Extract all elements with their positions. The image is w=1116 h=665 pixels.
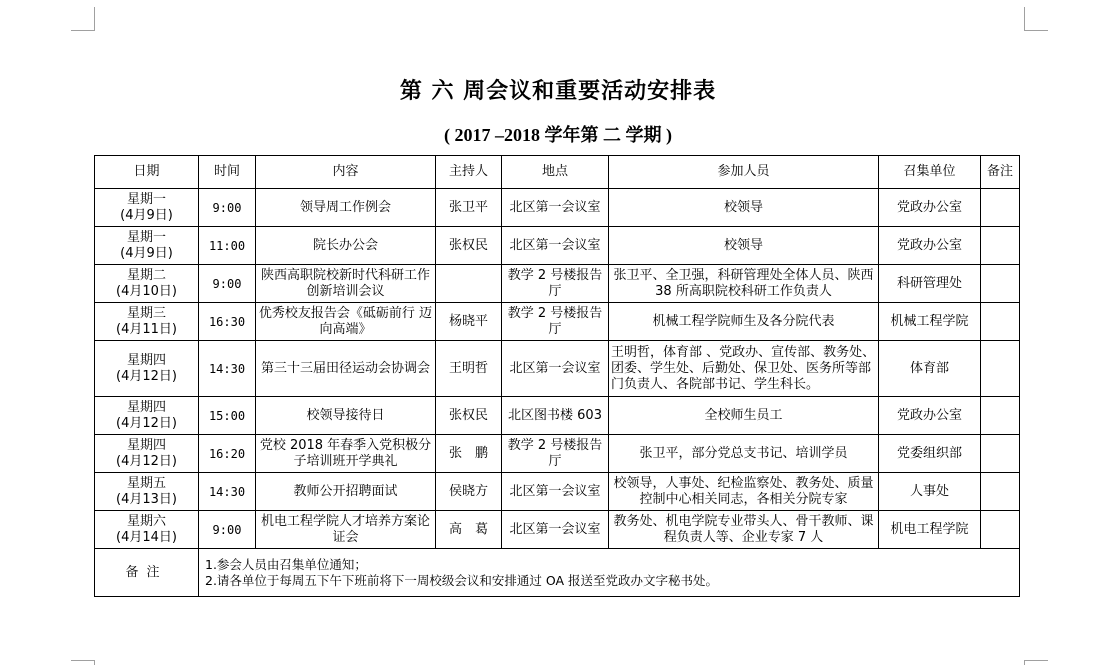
remarks-label: 备注: [95, 549, 199, 597]
remark-line: 1.参会人员由召集单位通知；: [205, 557, 1017, 573]
host-cell: 张权民: [436, 397, 502, 435]
schedule-table: 日期 时间 内容 主持人 地点 参加人员 召集单位 备注 星期一(4月9日) 9…: [94, 155, 1020, 597]
organizer-cell: 人事处: [879, 473, 981, 511]
note-cell: [981, 341, 1020, 397]
header-attendees: 参加人员: [609, 156, 879, 189]
date-cell: 星期二(4月10日): [95, 265, 199, 303]
header-note: 备注: [981, 156, 1020, 189]
time-cell: 16:20: [199, 435, 256, 473]
organizer-cell: 机电工程学院: [879, 511, 981, 549]
organizer-cell: 科研管理处: [879, 265, 981, 303]
attendees-cell: 教务处、机电学院专业带头人、骨干教师、课程负责人等、企业专家 7 人: [609, 511, 879, 549]
header-time: 时间: [199, 156, 256, 189]
time-cell: 15:00: [199, 397, 256, 435]
host-cell: 杨晓平: [436, 303, 502, 341]
location-cell: 教学 2 号楼报告厅: [502, 435, 609, 473]
date-cell: 星期四(4月12日): [95, 435, 199, 473]
attendees-cell: 张卫平、全卫强，科研管理处全体人员、陕西 38 所高职院校科研工作负责人: [609, 265, 879, 303]
note-cell: [981, 435, 1020, 473]
note-cell: [981, 511, 1020, 549]
document-title: 第 六 周会议和重要活动安排表: [0, 74, 1116, 105]
time-cell: 9:00: [199, 265, 256, 303]
location-cell: 北区第一会议室: [502, 189, 609, 227]
organizer-cell: 党政办公室: [879, 189, 981, 227]
date-cell: 星期四(4月12日): [95, 397, 199, 435]
header-date: 日期: [95, 156, 199, 189]
note-cell: [981, 473, 1020, 511]
table-header-row: 日期 时间 内容 主持人 地点 参加人员 召集单位 备注: [95, 156, 1020, 189]
host-cell: 高 葛: [436, 511, 502, 549]
attendees-cell: 校领导: [609, 189, 879, 227]
organizer-cell: 党委组织部: [879, 435, 981, 473]
note-cell: [981, 265, 1020, 303]
content-cell: 陕西高职院校新时代科研工作创新培训会议: [256, 265, 436, 303]
content-cell: 校领导接待日: [256, 397, 436, 435]
location-cell: 教学 2 号楼报告厅: [502, 303, 609, 341]
host-cell: 张 鹏: [436, 435, 502, 473]
table-row: 星期三(4月11日) 16:30 优秀校友报告会《砥砺前行 迈向高端》 杨晓平 …: [95, 303, 1020, 341]
time-cell: 14:30: [199, 473, 256, 511]
attendees-cell: 全校师生员工: [609, 397, 879, 435]
table-row: 星期六(4月14日) 9:00 机电工程学院人才培养方案论证会 高 葛 北区第一…: [95, 511, 1020, 549]
location-cell: 教学 2 号楼报告厅: [502, 265, 609, 303]
date-cell: 星期四(4月12日): [95, 341, 199, 397]
attendees-cell: 王明哲，体育部 、党政办、宣传部、教务处、团委、学生处、后勤处、保卫处、医务所等…: [609, 341, 879, 397]
date-cell: 星期三(4月11日): [95, 303, 199, 341]
remarks-text: 1.参会人员由召集单位通知； 2.请各单位于每周五下午下班前将下一周校级会议和安…: [199, 549, 1020, 597]
time-cell: 16:30: [199, 303, 256, 341]
content-cell: 优秀校友报告会《砥砺前行 迈向高端》: [256, 303, 436, 341]
content-cell: 教师公开招聘面试: [256, 473, 436, 511]
header-location: 地点: [502, 156, 609, 189]
header-content: 内容: [256, 156, 436, 189]
date-cell: 星期一(4月9日): [95, 189, 199, 227]
header-host: 主持人: [436, 156, 502, 189]
note-cell: [981, 227, 1020, 265]
attendees-cell: 校领导，人事处、纪检监察处、教务处、质量控制中心相关同志，各相关分院专家: [609, 473, 879, 511]
organizer-cell: 党政办公室: [879, 397, 981, 435]
document-subtitle: ( 2017 –2018 学年第 二 学期 ): [0, 121, 1116, 147]
organizer-cell: 党政办公室: [879, 227, 981, 265]
time-cell: 11:00: [199, 227, 256, 265]
time-cell: 9:00: [199, 511, 256, 549]
content-cell: 院长办公会: [256, 227, 436, 265]
host-cell: [436, 265, 502, 303]
attendees-cell: 张卫平，部分党总支书记、培训学员: [609, 435, 879, 473]
host-cell: 王明哲: [436, 341, 502, 397]
location-cell: 北区图书楼 603: [502, 397, 609, 435]
note-cell: [981, 303, 1020, 341]
content-cell: 第三十三届田径运动会协调会: [256, 341, 436, 397]
organizer-cell: 机械工程学院: [879, 303, 981, 341]
crop-mark-bottom-left: [71, 660, 95, 665]
date-cell: 星期一(4月9日): [95, 227, 199, 265]
table-row: 星期二(4月10日) 9:00 陕西高职院校新时代科研工作创新培训会议 教学 2…: [95, 265, 1020, 303]
crop-mark-top-left: [71, 7, 95, 31]
remark-line: 2.请各单位于每周五下午下班前将下一周校级会议和安排通过 OA 报送至党政办文字…: [205, 573, 1017, 589]
time-cell: 9:00: [199, 189, 256, 227]
location-cell: 北区第一会议室: [502, 511, 609, 549]
table-row: 星期四(4月12日) 14:30 第三十三届田径运动会协调会 王明哲 北区第一会…: [95, 341, 1020, 397]
table-row: 星期五(4月13日) 14:30 教师公开招聘面试 侯晓方 北区第一会议室 校领…: [95, 473, 1020, 511]
table-row: 星期一(4月9日) 11:00 院长办公会 张权民 北区第一会议室 校领导 党政…: [95, 227, 1020, 265]
crop-mark-top-right: [1024, 7, 1048, 31]
attendees-cell: 机械工程学院师生及各分院代表: [609, 303, 879, 341]
host-cell: 侯晓方: [436, 473, 502, 511]
note-cell: [981, 189, 1020, 227]
remarks-row: 备注 1.参会人员由召集单位通知； 2.请各单位于每周五下午下班前将下一周校级会…: [95, 549, 1020, 597]
attendees-cell: 校领导: [609, 227, 879, 265]
note-cell: [981, 397, 1020, 435]
content-cell: 党校 2018 年春季入党积极分子培训班开学典礼: [256, 435, 436, 473]
table-row: 星期四(4月12日) 16:20 党校 2018 年春季入党积极分子培训班开学典…: [95, 435, 1020, 473]
time-cell: 14:30: [199, 341, 256, 397]
crop-mark-bottom-right: [1024, 660, 1048, 665]
host-cell: 张权民: [436, 227, 502, 265]
location-cell: 北区第一会议室: [502, 341, 609, 397]
header-organizer: 召集单位: [879, 156, 981, 189]
date-cell: 星期五(4月13日): [95, 473, 199, 511]
content-cell: 领导周工作例会: [256, 189, 436, 227]
location-cell: 北区第一会议室: [502, 227, 609, 265]
table-row: 星期一(4月9日) 9:00 领导周工作例会 张卫平 北区第一会议室 校领导 党…: [95, 189, 1020, 227]
date-cell: 星期六(4月14日): [95, 511, 199, 549]
content-cell: 机电工程学院人才培养方案论证会: [256, 511, 436, 549]
organizer-cell: 体育部: [879, 341, 981, 397]
table-row: 星期四(4月12日) 15:00 校领导接待日 张权民 北区图书楼 603 全校…: [95, 397, 1020, 435]
host-cell: 张卫平: [436, 189, 502, 227]
location-cell: 北区第一会议室: [502, 473, 609, 511]
